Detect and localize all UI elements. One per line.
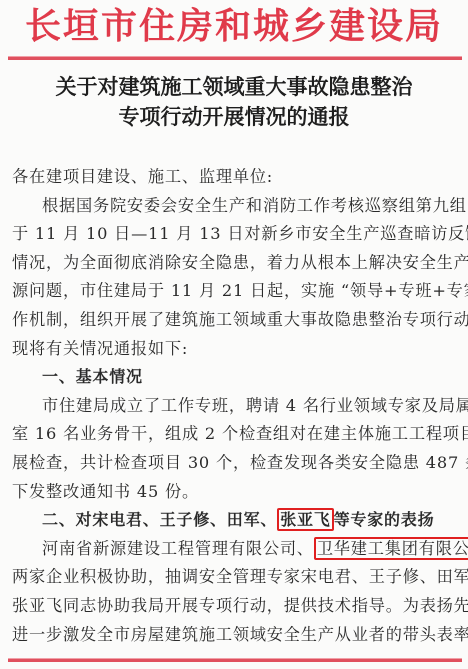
company-name: 河南省新源建设工程管理有限公司、 xyxy=(42,539,314,558)
document-body: 各在建项目建设、施工、监理单位: 根据国务院安委会安全生产和消防工作考核巡察组第… xyxy=(12,163,458,649)
footer-divider xyxy=(8,658,462,662)
paragraph-line: 展检查，共计检查项目 30 个，检查发现各类安全隐患 487 条， xyxy=(12,449,458,478)
paragraph-line: 根据国务院安委会安全生产和消防工作考核巡察组第九组 xyxy=(12,192,458,221)
section-heading-commendation: 二、对宋电君、王子修、田军、张亚飞等专家的表扬 xyxy=(12,506,458,535)
document-title: 关于对建筑施工领域重大事故隐患整治 专项行动开展情况的通报 xyxy=(0,72,468,132)
section-heading-basic-info: 一、基本情况 xyxy=(12,363,458,392)
heading-prefix: 二、对宋电君、王子修、田军、 xyxy=(42,510,277,529)
paragraph-line: 张亚飞同志协助我局开展专项行动，提供技术指导。为表扬先进， xyxy=(12,592,458,621)
paragraph-line: 源问题，市住建局于 11 月 21 日起，实施 “领导+专班+专家” 工 xyxy=(12,277,458,306)
paragraph-line: 于 11 月 10 日—11 月 13 日对新乡市安全生产巡查暗访反馈问题 xyxy=(12,220,458,249)
title-line-2: 专项行动开展情况的通报 xyxy=(0,102,468,132)
agency-letterhead: 长垣市住房和城乡建设局 xyxy=(0,2,468,50)
heading-suffix: 等专家的表扬 xyxy=(334,510,435,529)
paragraph-line: 进一步激发全市房屋建筑施工领域安全生产从业者的带头表率 xyxy=(12,621,458,650)
paragraph-line: 河南省新源建设工程管理有限公司、卫华建工集团有限公司 xyxy=(12,535,458,564)
paragraph-line: 室 16 名业务骨干，组成 2 个检查组对在建主体施工工程项目开 xyxy=(12,420,458,449)
highlighted-company: 卫华建工集团有限公司 xyxy=(314,537,468,560)
addressee: 各在建项目建设、施工、监理单位: xyxy=(12,163,458,192)
paragraph-line: 市住建局成立了工作专班，聘请 4 名行业领域专家及局属科 xyxy=(12,392,458,421)
paragraph-line: 作机制，组织开展了建筑施工领域重大事故隐患整治专项行动， xyxy=(12,306,458,335)
highlighted-name: 张亚飞 xyxy=(277,508,333,531)
paragraph-line: 两家企业积极协助，抽调安全管理专家宋电君、王子修、田军、 xyxy=(12,563,458,592)
title-line-1: 关于对建筑施工领域重大事故隐患整治 xyxy=(0,72,468,102)
letterhead-divider xyxy=(8,56,462,60)
paragraph-line: 情况，为全面彻底消除安全隐患，着力从根本上解决安全生产根 xyxy=(12,249,458,278)
paragraph-line: 现将有关情况通报如下: xyxy=(12,335,458,364)
paragraph-line: 下发整改通知书 45 份。 xyxy=(12,478,458,507)
